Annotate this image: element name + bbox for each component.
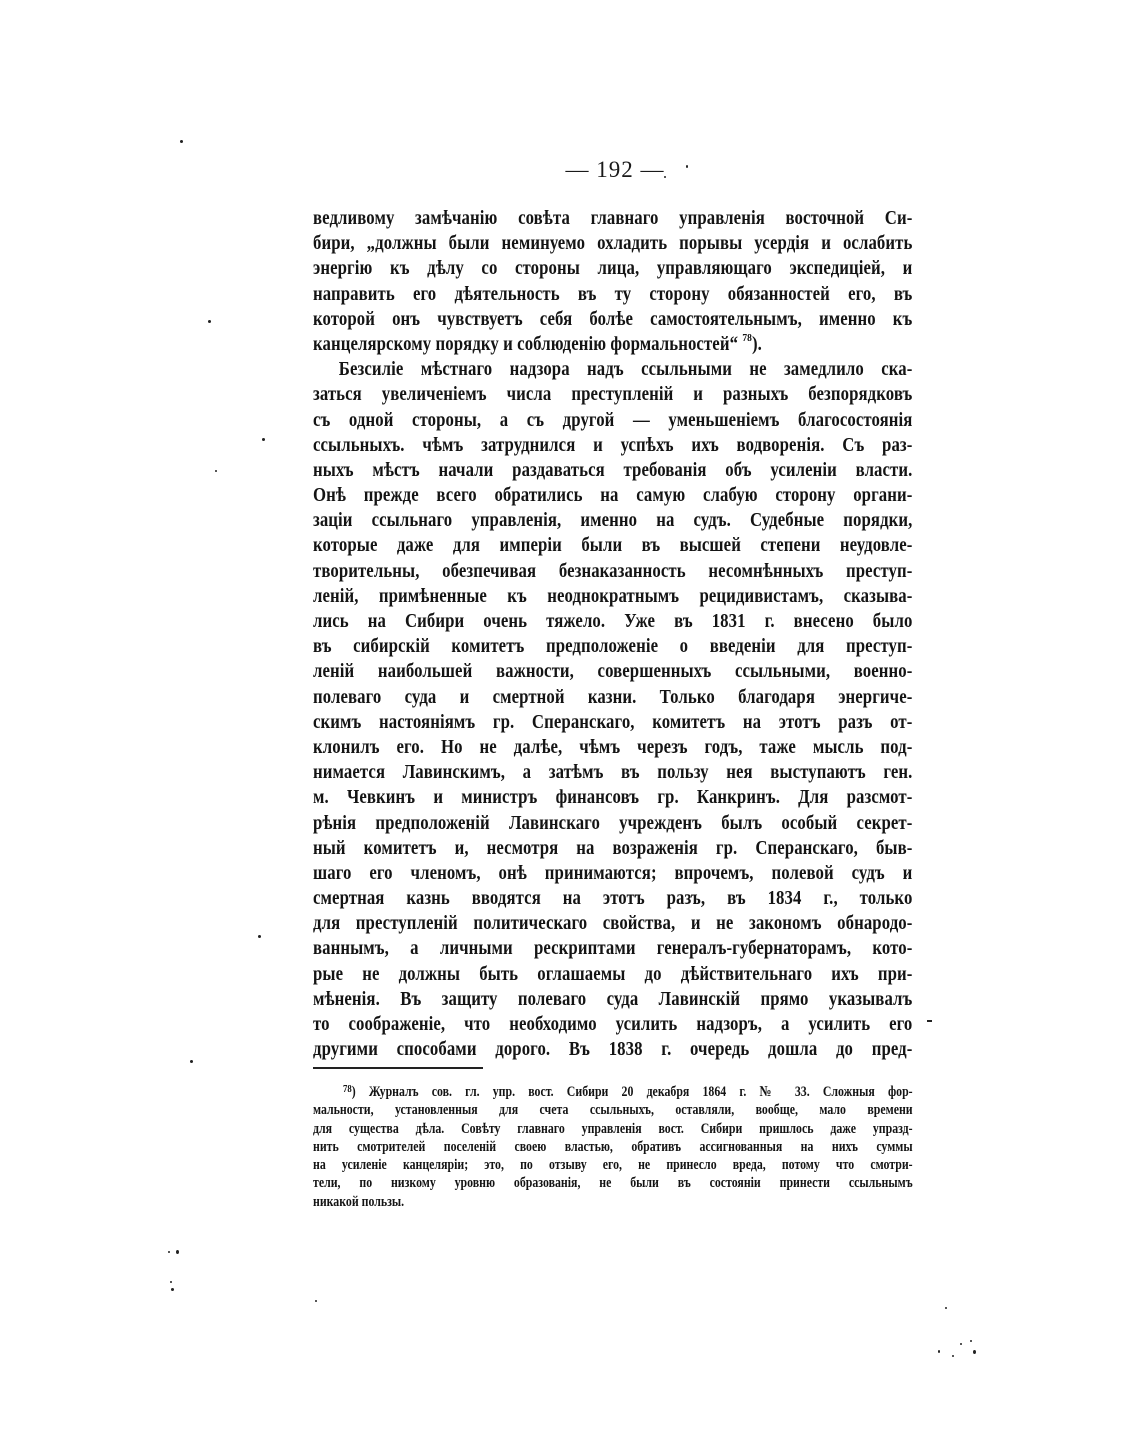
scan-speck	[168, 1251, 170, 1253]
footnote-line: на усиленіе канцеляріи; это, по отзыву е…	[313, 1156, 913, 1174]
scan-speck	[215, 470, 217, 472]
scan-speck	[952, 1355, 954, 1357]
text-line: которые даже для имперіи были въ высшей …	[313, 533, 912, 558]
footnote-line: мальности, установленныя для счета ссыль…	[313, 1101, 913, 1119]
scan-speck	[960, 1343, 962, 1345]
text-line: полеваго суда и смертной казни. Только б…	[313, 685, 912, 710]
footnote-separator-rule	[313, 1067, 483, 1069]
scan-speck	[176, 1250, 179, 1254]
text-line: шаго его членомъ, онѣ принимаются; впроч…	[313, 861, 912, 886]
text-line: мѣненія. Въ защиту полеваго суда Лавинск…	[313, 987, 912, 1012]
text-line: заться увеличеніемъ числа преступленій и…	[313, 382, 912, 407]
text-line: ваннымъ, а личными рескриптами генералъ-…	[313, 936, 912, 961]
text-line: леній наибольшей важности, совершенныхъ …	[313, 659, 912, 684]
scan-speck	[170, 1281, 172, 1283]
text-line: рѣнія предположеній Лавинскаго учрежденъ…	[313, 811, 912, 836]
footnote-line-content: ) Журналъ сов. гл. упр. вост. Сибири 20 …	[352, 1084, 913, 1100]
scan-speck	[258, 935, 261, 938]
page-number: — 192 —	[560, 157, 670, 183]
text-line: скимъ настояніямъ гр. Сперанскаго, комит…	[313, 710, 912, 735]
scan-speck	[664, 176, 666, 178]
text-line-paragraph-end: канцелярскому порядку и соблюденію форма…	[313, 332, 912, 357]
text-line-content: канцелярскому порядку и соблюденію форма…	[313, 334, 738, 355]
scan-speck	[190, 1060, 193, 1063]
footnote-marker: 78	[343, 1083, 352, 1095]
text-line: смертная казнь вводятся на этотъ разъ, в…	[313, 886, 912, 911]
text-line: другими способами дорого. Въ 1838 г. оче…	[313, 1037, 912, 1062]
scan-speck	[970, 1340, 972, 1342]
text-line: бири, „должны были неминуемо охладить по…	[313, 231, 912, 256]
text-line: клонилъ его. Но не далѣе, чѣмъ черезъ го…	[313, 735, 912, 760]
text-line: съ одной стороны, а съ другой — уменьшен…	[313, 408, 912, 433]
footnote-block: 78) Журналъ сов. гл. упр. вост. Сибири 2…	[313, 1083, 913, 1211]
text-line: энергію къ дѣлу со стороны лица, управля…	[313, 256, 912, 281]
scan-speck	[686, 165, 688, 168]
text-line: ный комитетъ и, несмотря на возраженія г…	[313, 836, 912, 861]
text-line: ныхъ мѣстъ начали раздаваться требованія…	[313, 458, 912, 483]
footnote-first-line: 78) Журналъ сов. гл. упр. вост. Сибири 2…	[313, 1083, 913, 1101]
text-line: направить его дѣятельность въ ту сторону…	[313, 282, 912, 307]
text-line: леній, примѣненные къ неоднократнымъ рец…	[313, 584, 912, 609]
scan-speck	[171, 1288, 174, 1291]
scan-speck	[208, 320, 211, 323]
scan-speck	[927, 1020, 932, 1022]
scan-speck	[938, 1350, 940, 1353]
footnote-line: для существа дѣла. Совѣту главнаго управ…	[313, 1120, 913, 1138]
scan-speck	[973, 1350, 976, 1354]
text-line: которой онъ чувствуетъ себя болѣе самост…	[313, 307, 912, 332]
scanned-book-page: — 192 — ведливому замѣчанію совѣта главн…	[0, 0, 1140, 1443]
footnote-line: нить смотрителей поселеній своею властью…	[313, 1138, 913, 1156]
text-line: то соображеніе, что необходимо усилить н…	[313, 1012, 912, 1037]
text-line: Онѣ прежде всего обратились на самую сла…	[313, 483, 912, 508]
scan-speck	[262, 438, 265, 441]
text-line: ведливому замѣчанію совѣта главнаго упра…	[313, 206, 912, 231]
text-line: ссыльныхъ. чѣмъ затруднился и успѣхъ ихъ…	[313, 433, 912, 458]
paragraph-first-line: Безсиліе мѣстнаго надзора надъ ссыльными…	[313, 357, 912, 382]
text-line: нимается Лавинскимъ, а затѣмъ въ пользу …	[313, 760, 912, 785]
text-line: для преступленій политическаго свойства,…	[313, 911, 912, 936]
scan-speck	[945, 1307, 947, 1309]
scan-speck	[180, 140, 183, 143]
text-line: рые не должны быть оглашаемы до дѣйствит…	[313, 962, 912, 987]
footnote-line-last: никакой пользы.	[313, 1193, 913, 1211]
text-line: въ сибирскій комитетъ предположеніе о вв…	[313, 634, 912, 659]
text-line: творительны, обезпечивая безнаказанность…	[313, 559, 912, 584]
footnote-reference-suffix: ).	[752, 334, 762, 355]
text-line: м. Чевкинъ и министръ финансовъ гр. Канк…	[313, 785, 912, 810]
text-line: заціи ссыльнаго управленія, именно на су…	[313, 508, 912, 533]
scan-speck	[315, 1300, 317, 1302]
footnote-line: тели, по низкому уровню образованія, не …	[313, 1174, 913, 1192]
footnote-reference[interactable]: 78	[742, 332, 752, 344]
main-text-block: ведливому замѣчанію совѣта главнаго упра…	[313, 206, 913, 1062]
text-line: лись на Сибири очень тяжело. Уже въ 1831…	[313, 609, 912, 634]
